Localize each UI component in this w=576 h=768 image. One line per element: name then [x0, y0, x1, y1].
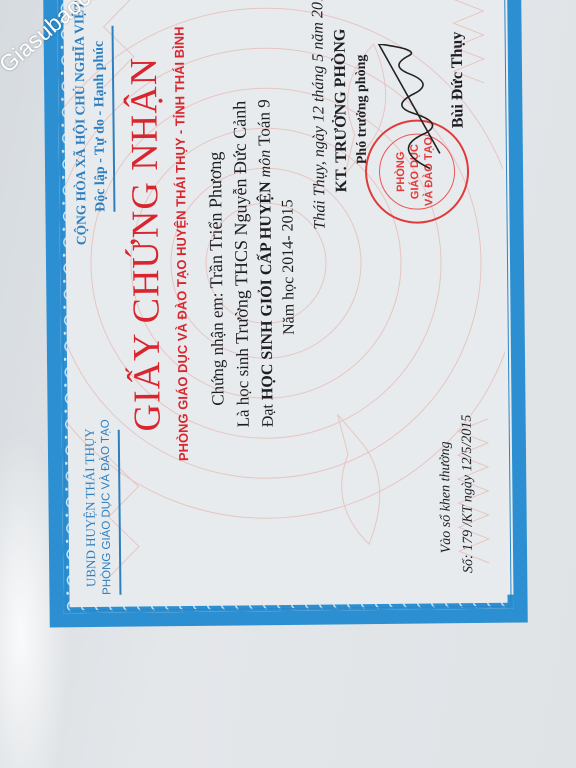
certificate-title: GIẤY CHỨNG NHẬN: [122, 57, 170, 432]
signer-role: Phó trưởng phòng: [354, 55, 371, 165]
achievement-line: Đạt HỌC SINH GIỎI CẤP HUYỆN môn Toán 9: [254, 99, 277, 427]
subject-label: môn: [257, 150, 274, 178]
place: Thái Thụy,: [311, 161, 329, 230]
certificate-paper: UBND HUYỆN THÁI THỤY PHÒNG GIÁO DỤC VÀ Đ…: [62, 0, 507, 607]
issuer-line1: UBND HUYỆN THÁI THỤY: [82, 428, 100, 587]
national-header-line2: Độc lập - Tự do - Hạnh phúc: [92, 41, 110, 212]
recipient-name: Trần Triển Phương: [205, 152, 226, 289]
subject: Toán 9: [254, 99, 273, 146]
national-header-line1: CỘNG HÒA XÃ HỘI CHỦ NGHĨA VIỆT NAM: [71, 0, 90, 245]
recipient-line: Chứng nhận em: Trần Triển Phương: [205, 152, 229, 406]
school-year: Năm học 2014- 2015: [279, 199, 298, 335]
school-prefix: Là học sinh: [233, 348, 253, 428]
issuer-line2: PHÒNG GIÁO DỤC VÀ ĐÀO TẠO: [100, 419, 114, 595]
recipient-label: Chứng nhận em:: [207, 293, 227, 406]
issue-date: ngày 12 tháng 5 năm 2015: [309, 0, 328, 157]
achievement: HỌC SINH GIỎI CẤP HUYỆN: [257, 181, 276, 400]
date-place: Thái Thụy, ngày 12 tháng 5 năm 2015: [309, 0, 330, 230]
school-name: Trường THCS Nguyễn Đức Cảnh: [229, 101, 252, 344]
signer-on-behalf: KT. TRƯỞNG PHÒNG: [332, 29, 352, 193]
registry-line2: Số: 179 /KT ngày 12/5/2015: [460, 415, 478, 574]
achievement-prefix: Đạt: [259, 404, 276, 427]
certificate: UBND HUYỆN THÁI THỤY PHÒNG GIÁO DỤC VÀ Đ…: [42, 0, 528, 627]
registry-line1: Vào sổ khen thưởng: [438, 441, 455, 553]
signer-name: Bùi Đức Thụy: [449, 32, 468, 129]
signature-scribble: [374, 43, 445, 174]
school-line: Là học sinh Trường THCS Nguyễn Đức Cảnh: [229, 101, 253, 428]
